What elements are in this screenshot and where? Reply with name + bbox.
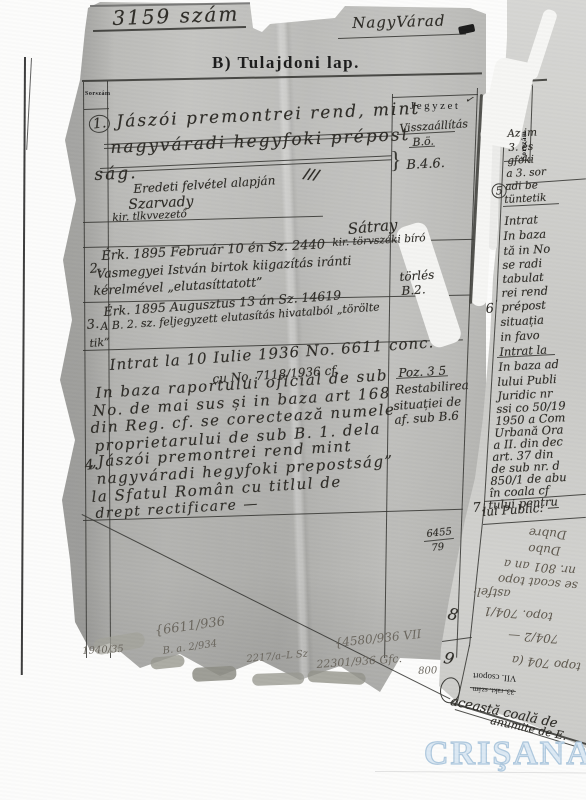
right-page-text-fragment: prépost: [501, 298, 546, 314]
right-page-text-fragment: adi be: [505, 179, 538, 193]
right-page-text-fragment: In baza: [503, 227, 546, 243]
table-rule-vertical: [26, 58, 32, 150]
entry-4-note-1: Poz. 3 5: [398, 363, 447, 379]
file-number: 3159 szám: [112, 2, 240, 30]
right-page-text-fragment: Intrat: [504, 212, 538, 228]
paper-artifact: [192, 666, 237, 682]
right-page-row-6-number: 6: [485, 301, 495, 317]
paper-artifact: [307, 670, 366, 685]
right-page-pencil-note: Dubo: [528, 542, 561, 558]
entry-3-line-3: tik”: [89, 336, 110, 350]
note-brace: }: [390, 148, 402, 175]
right-page-text-fragment: in favo: [500, 328, 540, 344]
entry-2-note-2: B.2.: [401, 282, 426, 298]
cancellation-hatch-mark: ///: [303, 166, 320, 184]
right-page-column-header-sorszam: Sorszám: [520, 131, 528, 160]
margin-file-number: 800: [418, 665, 437, 677]
entry-1-note-3: B.4.6.: [406, 156, 445, 173]
scanned-document: Az im3. ésgfokia 3. soradi betüntetikInt…: [0, 0, 586, 800]
entry-1-line-3: ság.: [94, 163, 138, 185]
entry-3-number: 3.: [86, 317, 100, 333]
fraction-denominator: 79: [431, 542, 445, 554]
watermark-text: CRIŞANA: [424, 735, 586, 773]
right-page-pencil-note: Dubre: [528, 525, 567, 542]
entry-1-note-2: B.ö.: [412, 134, 434, 148]
column-header-sorszam: Sorszám: [85, 91, 111, 97]
right-page-pencil-note: astfel:: [473, 584, 511, 601]
right-page-text-fragment: situația: [500, 313, 544, 329]
right-page-text-fragment: tă in No: [503, 242, 551, 258]
entry-2-note-1: törlés: [399, 268, 435, 284]
right-page-text-fragment: a 3. sor: [506, 166, 546, 180]
margin-file-number: 1940/35: [82, 644, 124, 657]
right-page-text-fragment: tüntetik: [504, 192, 547, 206]
page-title: B) Tulajdoni lap.: [212, 53, 360, 73]
paper-artifact: [252, 672, 304, 686]
place-name: NagyVárad: [352, 12, 446, 32]
paper-artifact: [150, 654, 185, 669]
right-page-text-fragment: Intrat la: [499, 343, 547, 359]
